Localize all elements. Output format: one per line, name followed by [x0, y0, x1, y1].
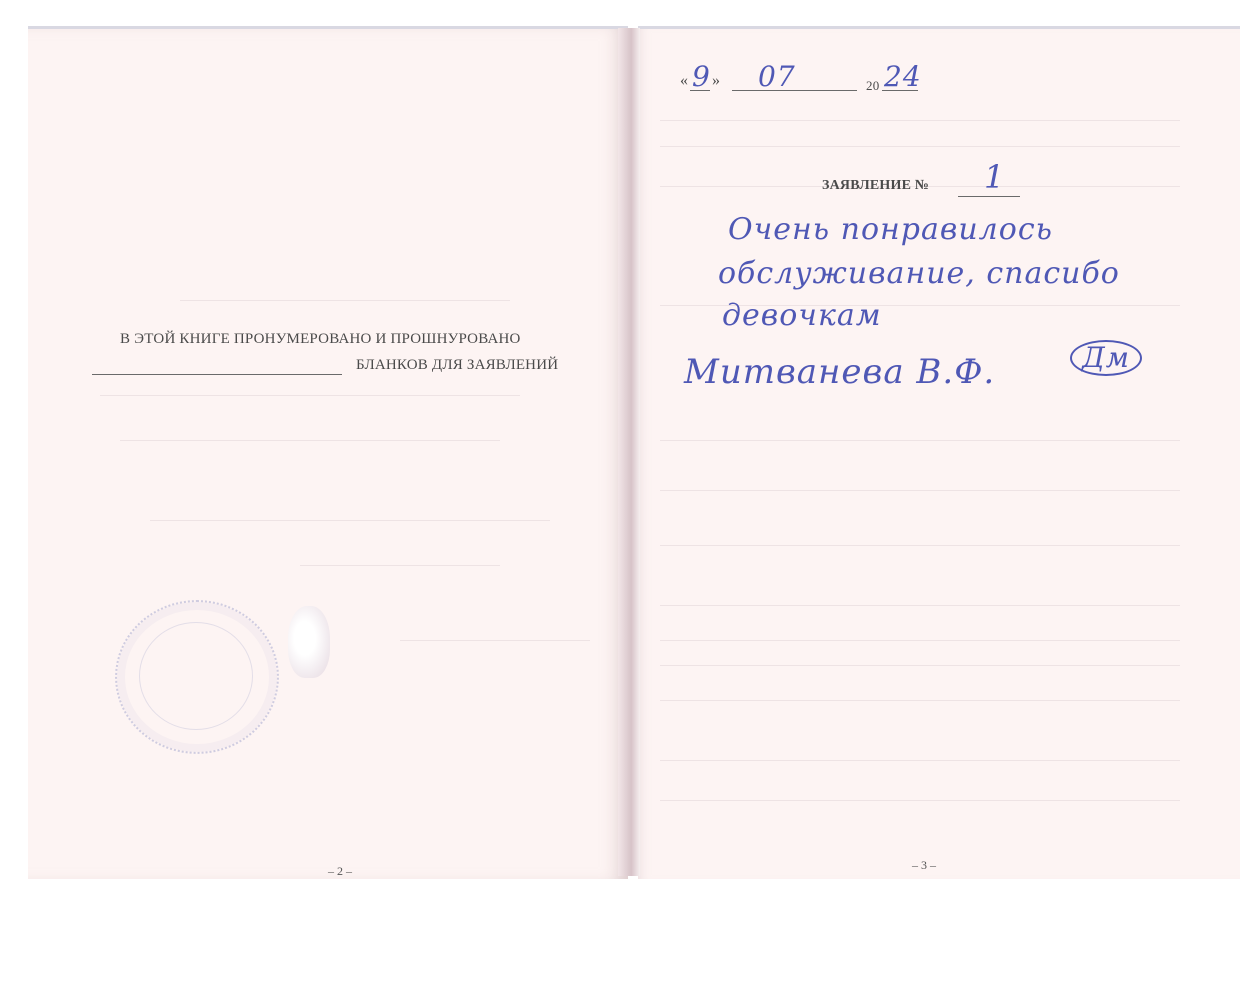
handwritten-line-2: обслуживание, спасибо — [718, 256, 1120, 291]
left-page — [28, 26, 628, 879]
date-year-prefix: 20 — [866, 78, 879, 94]
left-heading-line2: БЛАНКОВ ДЛЯ ЗАЯВЛЕНИЙ — [356, 357, 558, 374]
date-month: 07 — [758, 60, 796, 93]
date-year-suffix: 24 — [884, 60, 922, 93]
handwritten-line-1: Очень понравилось — [728, 212, 1053, 247]
signature-name: Митванева В.Ф. — [684, 352, 995, 392]
signature-mark: Дм — [1070, 340, 1142, 376]
left-heading-line1: В ЭТОЙ КНИГЕ ПРОНУМЕРОВАНО И ПРОШНУРОВАН… — [120, 331, 521, 348]
page-number-right: – 3 – — [912, 858, 936, 873]
date-open-quote: « — [680, 72, 688, 90]
statement-number-line — [958, 196, 1020, 197]
date-day: 9 — [692, 60, 711, 93]
statement-number: 1 — [984, 158, 1005, 196]
page-number-left: – 2 – — [328, 864, 352, 879]
book-spine — [618, 28, 640, 876]
right-page — [638, 26, 1240, 879]
date-close-quote: » — [712, 72, 720, 90]
day-underline — [690, 90, 710, 91]
emboss-mark — [288, 606, 330, 678]
seal-icon — [115, 600, 279, 754]
statement-title: ЗАЯВЛЕНИЕ № — [822, 178, 929, 194]
count-blank-line — [92, 374, 342, 375]
year-underline — [882, 90, 918, 91]
handwritten-line-3: девочкам — [722, 298, 882, 333]
